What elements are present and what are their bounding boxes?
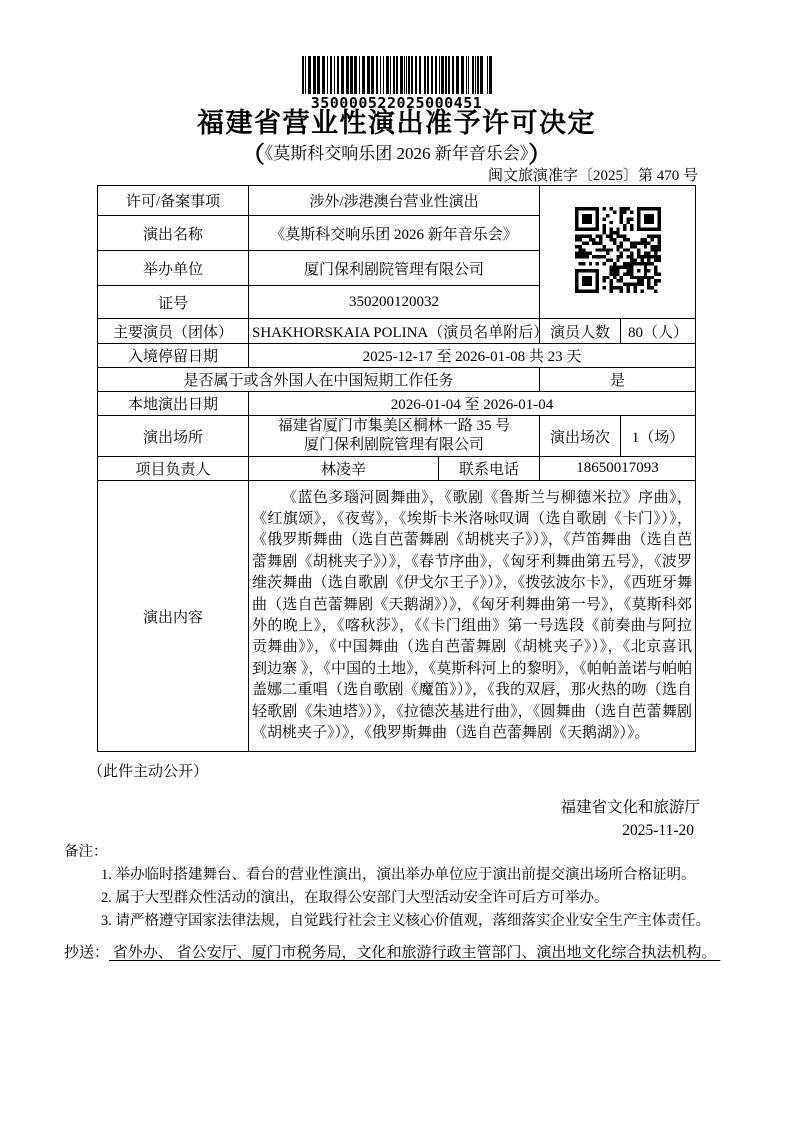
qr-cell [540,186,696,319]
issuer-name: 福建省文化和旅游厅 [560,796,700,819]
table-row: 本地演出日期 2026-01-04 至 2026-01-04 [98,392,696,416]
content-text: 《蓝色多瑙河圆舞曲》，《歌剧《鲁斯兰与柳德米拉》序曲》，《红旗颂》，《夜莺》，《… [252,488,692,745]
notes-label: 备注： [64,841,710,864]
phone-value: 18650017093 [540,457,696,481]
entry-stay-label: 入境停留日期 [98,344,249,368]
permit-table: 许可/备案事项 涉外/涉港澳台营业性演出 演出名称 《莫斯科交响乐团 2026 … [97,185,696,752]
qr-code-icon [575,207,661,293]
note-item-2: 2. 属于大型群众性活动的演出，在取得公安部门大型活动安全许可后方可举办。 [101,887,710,910]
subtitle-text: 《莫斯科交响乐团 2026 新年音乐会》 [265,144,529,163]
performance-name-value: 《莫斯科交响乐团 2026 新年音乐会》 [249,216,540,251]
local-dates-label: 本地演出日期 [98,392,249,416]
local-dates-value: 2026-01-04 至 2026-01-04 [249,392,696,416]
short-term-work-label: 是否属于或含外国人在中国短期工作任务 [98,368,540,392]
performance-name-label: 演出名称 [98,216,249,251]
table-row: 入境停留日期 2025-12-17 至 2026-01-08 共 23 天 [98,344,696,368]
content-label: 演出内容 [98,481,249,752]
cc-block: 抄送： 省外办、 省公安厅、厦门市税务局，文化和旅游行政主管部门、演出地文化综合… [64,941,738,966]
document-number: 闽文旅演准字〔2025〕第 470 号 [0,164,698,185]
note-item-3: 3. 请严格遵守国家法律法规，自觉践行社会主义核心价值观，落细落实企业安全生产主… [101,910,710,933]
venue-line1: 福建省厦门市集美区桐林一路 35 号 [278,418,511,434]
organizer-label: 举办单位 [98,251,249,286]
main-performers-value: SHAKHORSKAIA POLINA（演员名单附后） [249,319,540,344]
permit-item-value: 涉外/涉港澳台营业性演出 [249,186,540,216]
venue-line2: 厦门保利剧院管理有限公司 [304,437,484,453]
entry-stay-value: 2025-12-17 至 2026-01-08 共 23 天 [249,344,696,368]
barcode-icon [302,56,492,94]
permit-item-label: 许可/备案事项 [98,186,249,216]
content-value: 《蓝色多瑙河圆舞曲》，《歌剧《鲁斯兰与柳德米拉》序曲》，《红旗颂》，《夜莺》，《… [249,481,696,752]
disclosure-note: （此件主动公开） [88,760,208,781]
issue-date: 2025-11-20 [560,819,700,842]
performer-count-value: 80（人） [621,319,696,344]
phone-label: 联系电话 [439,457,540,481]
certificate-no-value: 350200120032 [249,286,540,319]
venue-value: 福建省厦门市集美区桐林一路 35 号 厦门保利剧院管理有限公司 [249,416,540,457]
venue-label: 演出场所 [98,416,249,457]
manager-value: 林凌辛 [249,457,439,481]
notes-block: 备注： 1. 举办临时搭建舞台、看台的营业性演出，演出举办单位应于演出前提交演出… [64,841,710,933]
show-count-value: 1（场） [621,416,696,457]
manager-label: 项目负责人 [98,457,249,481]
table-row: 项目负责人 林凌辛 联系电话 18650017093 [98,457,696,481]
table-row: 演出内容 《蓝色多瑙河圆舞曲》，《歌剧《鲁斯兰与柳德米拉》序曲》，《红旗颂》，《… [98,481,696,752]
short-term-work-value: 是 [540,368,696,392]
main-performers-label: 主要演员（团体） [98,319,249,344]
organizer-value: 厦门保利剧院管理有限公司 [249,251,540,286]
cc-value: 省外办、 省公安厅、厦门市税务局，文化和旅游行政主管部门、演出地文化综合执法机构… [109,945,720,961]
table-row: 主要演员（团体） SHAKHORSKAIA POLINA（演员名单附后） 演员人… [98,319,696,344]
table-row: 许可/备案事项 涉外/涉港澳台营业性演出 [98,186,696,216]
permit-document-page: 350000522025000451 福建省营业性演出准予许可决定 （《莫斯科交… [0,0,793,1122]
cc-label: 抄送： [64,945,109,961]
table-row: 是否属于或含外国人在中国短期工作任务 是 [98,368,696,392]
issuer-block: 福建省文化和旅游厅 2025-11-20 [560,796,700,842]
show-count-label: 演出场次 [540,416,621,457]
certificate-no-label: 证号 [98,286,249,319]
performer-count-label: 演员人数 [540,319,621,344]
note-item-1: 1. 举办临时搭建舞台、看台的营业性演出，演出举办单位应于演出前提交演出场所合格… [101,864,710,887]
table-row: 演出场所 福建省厦门市集美区桐林一路 35 号 厦门保利剧院管理有限公司 演出场… [98,416,696,457]
page-title: 福建省营业性演出准予许可决定 [0,101,793,140]
notes-list: 1. 举办临时搭建舞台、看台的营业性演出，演出举办单位应于演出前提交演出场所合格… [101,864,710,933]
